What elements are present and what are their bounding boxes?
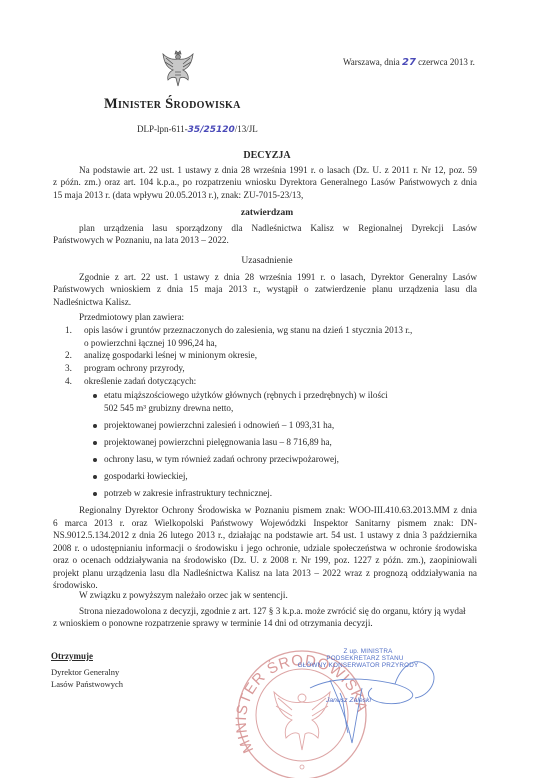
justification-title: Uzasadnienie bbox=[0, 256, 534, 266]
appeal-paragraph: Strona niezadowolona z decyzji, zgodnie … bbox=[53, 605, 477, 630]
task-bullet-1: etatu miąższościowego użytków głównych (… bbox=[104, 389, 388, 414]
conclusion: W związku z powyższym należało orzec jak… bbox=[79, 589, 288, 602]
bullet-icon bbox=[93, 394, 97, 398]
decision-intro: Na podstawie art. 22 ust. 1 ustawy z dni… bbox=[53, 164, 477, 201]
task-bullet-2: projektowanej powierzchni zalesień i odn… bbox=[104, 419, 334, 432]
authority-title: Minister Środowiska bbox=[104, 96, 241, 113]
opinion-paragraph: Regionalny Dyrektor Ochrony Środowiska w… bbox=[53, 504, 477, 592]
bullet-icon bbox=[93, 475, 97, 479]
recipients-heading: Otrzymuje bbox=[51, 650, 93, 663]
plan-item-3: 3.program ochrony przyrody, bbox=[65, 362, 185, 375]
task-bullet-3: projektowanej powierzchni pielęgnowania … bbox=[104, 436, 332, 449]
bullet-icon bbox=[93, 424, 97, 428]
polish-eagle-emblem-icon bbox=[161, 50, 195, 88]
place-date-suffix: czerwca 2013 r. bbox=[418, 57, 475, 67]
decision-title: DECYZJA bbox=[0, 150, 534, 161]
verdict-text: plan urządzenia lasu sporządzony dla Nad… bbox=[53, 222, 477, 247]
signer-name: Janusz Zaleski bbox=[326, 697, 371, 704]
handwritten-day: 27 bbox=[402, 57, 416, 68]
place-date: Warszawa, dnia 27 czerwca 2013 r. bbox=[343, 56, 475, 70]
plan-item-2: 2.analizę gospodarki leśnej w minionym o… bbox=[65, 349, 257, 362]
plan-item-4: 4.określenie zadań dotyczących: bbox=[65, 375, 196, 388]
justification-para: Zgodnie z art. 22 ust. 1 ustawy z dnia 2… bbox=[53, 271, 477, 308]
plan-item-1: 1.opis lasów i gruntów przeznaczonych do… bbox=[65, 324, 412, 349]
bullet-icon bbox=[93, 492, 97, 496]
task-bullet-4: ochrony lasu, w tym również zadań ochron… bbox=[104, 453, 339, 466]
task-bullet-6: potrzeb w zakresie infrastruktury techni… bbox=[104, 487, 272, 500]
reference-number: DLP-lpn-611-35/25120/13/JL bbox=[137, 123, 258, 137]
handwritten-ref: 35/25120 bbox=[188, 125, 235, 135]
handwritten-signature bbox=[300, 648, 460, 748]
bullet-icon bbox=[93, 441, 97, 445]
bullet-icon bbox=[93, 458, 97, 462]
plan-intro: Przedmiotowy plan zawiera: bbox=[79, 311, 184, 324]
task-bullet-5: gospodarki łowieckiej, bbox=[104, 470, 188, 483]
verdict: zatwierdzam bbox=[0, 208, 534, 218]
recipients-list: Dyrektor Generalny Lasów Państwowych bbox=[51, 666, 123, 690]
place-date-prefix: Warszawa, dnia bbox=[343, 57, 400, 67]
